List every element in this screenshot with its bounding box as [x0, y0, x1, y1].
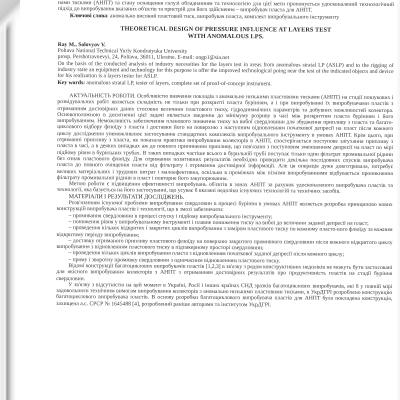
book-spine-shadow	[0, 0, 16, 400]
relevance-paragraph: АКТУАЛЬНІСТЬ РОБОТИ. Особливістю вивченн…	[57, 93, 394, 183]
page-corner-fold	[0, 0, 20, 32]
scanned-document-page: нами тисками (АНПТ) та стану оснащення г…	[56, 0, 394, 309]
ua-keywords-label: Ключові слова	[70, 13, 107, 19]
page-edge-shade	[396, 0, 400, 400]
relevance-text: Особливістю вивчення покладів з аномальн…	[57, 93, 394, 181]
english-keywords-text: anomalous stratal LP, tester of layers, …	[85, 80, 272, 87]
english-abstract: On the basis of the conducted analysis o…	[58, 61, 394, 82]
context-paragraph: У зв'язку з відсутністю на цей момент в …	[56, 282, 392, 309]
known-designs-paragraph: Відомі конструкції багатоциклових випроб…	[56, 263, 392, 284]
english-title: THEORETICAL DESIGN OF PRESSURE INFLUENCE…	[58, 25, 394, 41]
english-title-line-2: WITH ANOMALOUS LPS.	[58, 32, 394, 41]
ua-keywords-text: : аномально високий пластовий тиск, випр…	[107, 13, 339, 20]
english-keywords-label: Key words:	[57, 80, 85, 86]
ua-keywords: Ключові слова: аномально високий пластов…	[58, 13, 394, 21]
